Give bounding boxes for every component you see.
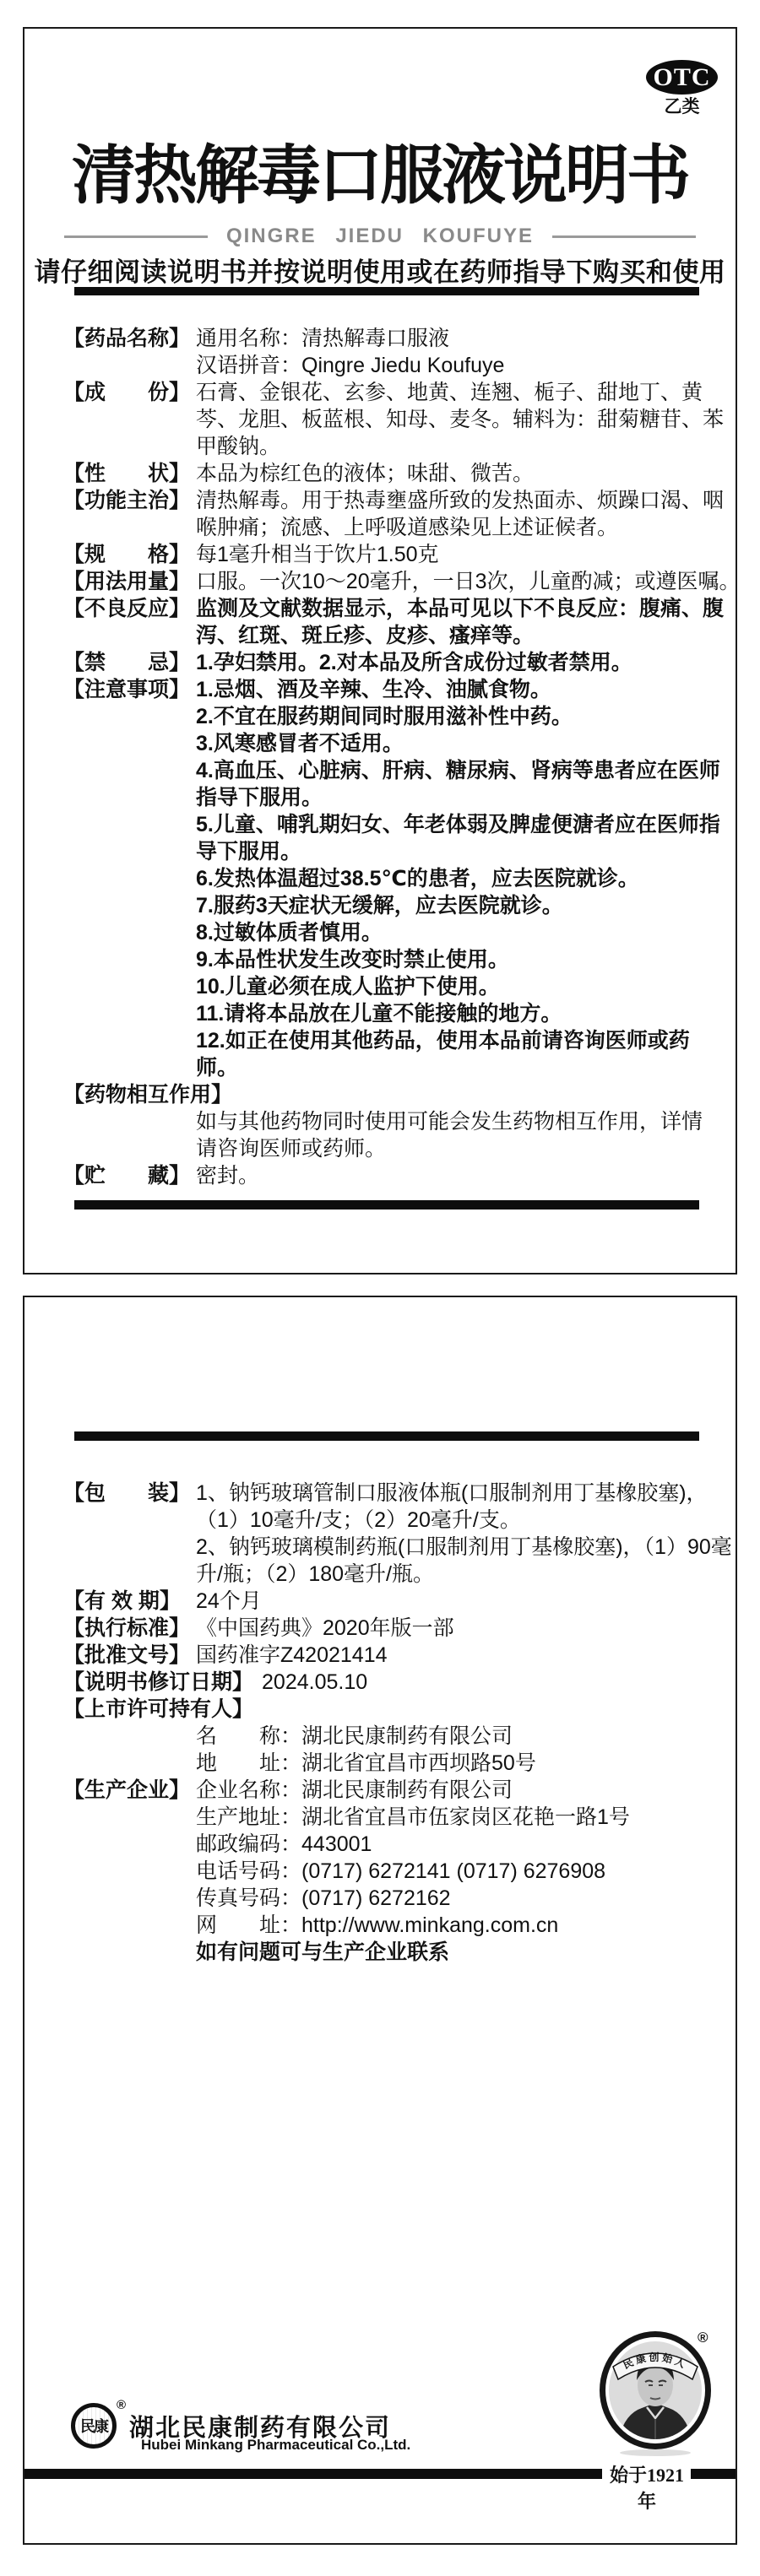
section-lines: 石膏、金银花、玄参、地黄、连翘、栀子、甜地丁、黄芩、龙胆、板蓝根、知母、麦冬。辅…	[196, 379, 711, 460]
info-value: 24个月	[196, 1588, 262, 1615]
info-value: 1、钠钙玻璃管制口服液体瓶(口服制剂用丁基橡胶塞)，	[196, 1480, 708, 1507]
section-row: 【用法用量】口服。一次10～20毫升，一日3次，儿童酌减；或遵医嘱。	[63, 568, 714, 595]
info-row: 【有 效 期】24个月	[63, 1588, 714, 1615]
info-label: 【批准文号】	[63, 1642, 196, 1669]
section-row: 【注意事项】1.忌烟、酒及辛辣、生冷、油腻食物。2.不宜在服药期间同时服用滋补性…	[63, 676, 714, 1081]
info-row: 网 址：http://www.minkang.com.cn	[63, 1912, 714, 1939]
section-line: 请咨询医师或药师。	[196, 1135, 711, 1162]
info-value: 国药准字Z42021414	[196, 1642, 388, 1669]
info-sublabel: 网 址：	[196, 1912, 301, 1939]
section-line: 泻、红斑、斑丘疹、皮疹、瘙痒等。	[196, 622, 711, 649]
info-value: （1）10毫升/支；（2）20毫升/支。	[196, 1507, 521, 1534]
otc-category-label: 乙类	[646, 93, 718, 118]
divider-bar-top	[74, 287, 699, 295]
info-row: 如有问题可与生产企业联系	[63, 1939, 714, 1966]
section-label: 【注意事项】	[63, 676, 196, 703]
section-line: 芩、龙胆、板蓝根、知母、麦冬。辅料为：甜菊糖苷、苯	[196, 406, 711, 433]
section-line: 8.过敏体质者慎用。	[196, 919, 711, 946]
otc-badge-label: OTC	[653, 63, 710, 92]
section-label: 【功能主治】	[63, 487, 196, 514]
divider-bar-box2	[74, 1431, 699, 1441]
info-label: 【执行标准】	[63, 1615, 196, 1642]
section-label: 【贮 藏】	[63, 1162, 196, 1189]
section-line: 10.儿童必须在成人监护下使用。	[196, 973, 711, 1000]
section-line: 5.儿童、哺乳期妇女、年老体弱及脾虚便溏者应在医师指	[196, 811, 711, 838]
info-row: 【说明书修订日期】2024.05.10	[63, 1669, 714, 1696]
section-row: 【功能主治】清热解毒。用于热毒壅盛所致的发热面赤、烦躁口渴、咽喉肿痛；流感、上呼…	[63, 487, 714, 541]
info-value: (0717) 6272141 (0717) 6276908	[301, 1858, 605, 1885]
info-sublabel: 企业名称：	[196, 1777, 301, 1804]
section-line: 9.本品性状发生改变时禁止使用。	[196, 946, 711, 973]
info-sublabel: 生产地址：	[196, 1804, 301, 1831]
section-lines: 1.忌烟、酒及辛辣、生冷、油腻食物。2.不宜在服药期间同时服用滋补性中药。3.风…	[196, 676, 711, 1081]
info-sublabel: 名 称：	[196, 1723, 301, 1750]
pinyin-divider-right	[552, 235, 696, 238]
pinyin-row: QINGRE JIEDU KOUFUYE	[0, 225, 760, 248]
info-sublabel: 邮政编码：	[196, 1831, 301, 1858]
info-label: 【包 装】	[63, 1480, 196, 1507]
section-line: 4.高血压、心脏病、肝病、糖尿病、肾病等患者应在医师	[196, 757, 711, 784]
info-label: 【有 效 期】	[63, 1588, 196, 1615]
instruction-sections: 【药品名称】通用名称：清热解毒口服液汉语拼音：Qingre Jiedu Kouf…	[63, 325, 714, 1189]
section-line: 汉语拼音：Qingre Jiedu Koufuye	[196, 352, 711, 379]
section-label: 【不良反应】	[63, 595, 196, 622]
info-value: 湖北民康制药有限公司	[301, 1723, 513, 1750]
section-line: 3.风寒感冒者不适用。	[196, 730, 711, 757]
since-bar-left	[24, 2469, 602, 2479]
info-value: 湖北省宜昌市西坝路50号	[301, 1750, 536, 1777]
section-line: 清热解毒。用于热毒壅盛所致的发热面赤、烦躁口渴、咽	[196, 487, 711, 514]
info-row: 名 称：湖北民康制药有限公司	[63, 1723, 714, 1750]
info-row: 【生产企业】企业名称：湖北民康制药有限公司	[63, 1777, 714, 1804]
section-line: 12.如正在使用其他药品，使用本品前请咨询医师或药	[196, 1027, 711, 1054]
info-row: 【批准文号】国药准字Z42021414	[63, 1642, 714, 1669]
leaflet-page: OTC 乙类 清热解毒口服液说明书 QINGRE JIEDU KOUFUYE 请…	[0, 0, 760, 2576]
info-label: 【生产企业】	[63, 1777, 196, 1804]
section-row: 【不良反应】监测及文献数据显示，本品可见以下不良反应：腹痛、腹泻、红斑、斑丘疹、…	[63, 595, 714, 649]
section-row: 【药品名称】通用名称：清热解毒口服液汉语拼音：Qingre Jiedu Kouf…	[63, 325, 714, 379]
section-line: 喉肿痛；流感、上呼吸道感染见上述证候者。	[196, 514, 711, 541]
info-row: 地 址：湖北省宜昌市西坝路50号	[63, 1750, 714, 1777]
section-line: 1.忌烟、酒及辛辣、生冷、油腻食物。	[196, 676, 711, 703]
info-row: 电话号码：(0717) 6272141 (0717) 6276908	[63, 1858, 714, 1885]
info-row: 2、钠钙玻璃模制药瓶(口服制剂用丁基橡胶塞)，（1）90毫	[63, 1534, 714, 1561]
section-lines: 密封。	[196, 1162, 711, 1189]
section-row: 【性 状】本品为棕红色的液体；味甜、微苦。	[63, 460, 714, 487]
section-row: 【禁 忌】1.孕妇禁用。2.对本品及所含成份过敏者禁用。	[63, 649, 714, 676]
section-line: 通用名称：清热解毒口服液	[196, 325, 711, 352]
section-row: 【成 份】石膏、金银花、玄参、地黄、连翘、栀子、甜地丁、黄芩、龙胆、板蓝根、知母…	[63, 379, 714, 460]
info-row: 【上市许可持有人】	[63, 1696, 714, 1723]
founder-portrait-icon: 民康创始人	[598, 2330, 713, 2458]
otc-badge: OTC	[646, 60, 718, 95]
section-label: 【规 格】	[63, 541, 196, 568]
section-row: 【贮 藏】密封。	[63, 1162, 714, 1189]
info-value: 湖北省宜昌市伍家岗区花艳一路1号	[301, 1804, 630, 1831]
since-1921-label: 始于1921年	[605, 2461, 689, 2514]
registered-trademark-icon: ®	[698, 2330, 708, 2346]
section-line: 2.不宜在服药期间同时服用滋补性中药。	[196, 703, 711, 730]
info-row: 邮政编码：443001	[63, 1831, 714, 1858]
company-logo-text: 民康	[80, 2415, 107, 2437]
section-line: 师。	[196, 1054, 711, 1081]
founder-portrait-badge: 民康创始人	[598, 2330, 713, 2462]
company-name-en: Hubei Minkang Pharmaceutical Co.,Ltd.	[141, 2437, 410, 2454]
section-line: 甲酸钠。	[196, 433, 711, 460]
packaging-manufacturer-sections: 【包 装】1、钠钙玻璃管制口服液体瓶(口服制剂用丁基橡胶塞)，（1）10毫升/支…	[63, 1480, 714, 1966]
pinyin-title: QINGRE JIEDU KOUFUYE	[226, 225, 534, 248]
section-line: 7.服药3天症状无缓解，应去医院就诊。	[196, 892, 711, 919]
section-label: 【性 状】	[63, 460, 196, 487]
section-label: 【药品名称】	[63, 325, 196, 352]
info-value: 湖北民康制药有限公司	[301, 1777, 513, 1804]
info-value: 2024.05.10	[262, 1669, 367, 1696]
info-value: 如有问题可与生产企业联系	[196, 1939, 449, 1966]
section-lines: 1.孕妇禁用。2.对本品及所含成份过敏者禁用。	[196, 649, 711, 676]
page-title: 清热解毒口服液说明书	[0, 142, 760, 213]
info-value: 2、钠钙玻璃模制药瓶(口服制剂用丁基橡胶塞)，（1）90毫	[196, 1534, 732, 1561]
section-lines: 通用名称：清热解毒口服液汉语拼音：Qingre Jiedu Koufuye	[196, 325, 711, 379]
section-line: 如与其他药物同时使用可能会发生药物相互作用，详情	[196, 1108, 711, 1135]
section-lines: 监测及文献数据显示，本品可见以下不良反应：腹痛、腹泻、红斑、斑丘疹、皮疹、瘙痒等…	[196, 595, 711, 649]
info-sublabel: 地 址：	[196, 1750, 301, 1777]
info-value: 443001	[301, 1831, 372, 1858]
section-lines: 口服。一次10～20毫升，一日3次，儿童酌减；或遵医嘱。	[196, 568, 711, 595]
section-line: 指导下服用。	[196, 784, 711, 811]
section-line: 本品为棕红色的液体；味甜、微苦。	[196, 460, 711, 487]
section-line: 11.请将本品放在儿童不能接触的地方。	[196, 1000, 711, 1027]
since-bar-right	[691, 2469, 736, 2479]
info-sublabel: 传真号码：	[196, 1885, 301, 1912]
section-row: 【规 格】每1毫升相当于饮片1.50克	[63, 541, 714, 568]
section-line: 口服。一次10～20毫升，一日3次，儿童酌减；或遵医嘱。	[196, 568, 711, 595]
section-line: 6.发热体温超过38.5℃的患者，应去医院就诊。	[196, 865, 711, 892]
section-lines: 清热解毒。用于热毒壅盛所致的发热面赤、烦躁口渴、咽喉肿痛；流感、上呼吸道感染见上…	[196, 487, 711, 541]
info-row: 【执行标准】《中国药典》2020年版一部	[63, 1615, 714, 1642]
info-row: 【包 装】1、钠钙玻璃管制口服液体瓶(口服制剂用丁基橡胶塞)，	[63, 1480, 714, 1507]
section-line: 1.孕妇禁用。2.对本品及所含成份过敏者禁用。	[196, 649, 711, 676]
info-row: 生产地址：湖北省宜昌市伍家岗区花艳一路1号	[63, 1804, 714, 1831]
info-label-wide: 【上市许可持有人】	[63, 1696, 253, 1723]
section-label: 【禁 忌】	[63, 649, 196, 676]
section-line: 导下服用。	[196, 838, 711, 865]
section-label: 【成 份】	[63, 379, 196, 406]
section-line: 密封。	[196, 1162, 711, 1189]
info-sublabel: 电话号码：	[196, 1858, 301, 1885]
info-label-wide: 【说明书修订日期】	[63, 1669, 253, 1696]
info-row: 升/瓶；（2）180毫升/瓶。	[63, 1561, 714, 1588]
section-label: 【药物相互作用】	[63, 1081, 714, 1108]
section-row: 【药物相互作用】如与其他药物同时使用可能会发生药物相互作用，详情请咨询医师或药师…	[63, 1081, 714, 1162]
info-row: 传真号码：(0717) 6272162	[63, 1885, 714, 1912]
read-carefully-notice: 请仔细阅读说明书并按说明使用或在药师指导下购买和使用	[0, 251, 760, 289]
info-value: 升/瓶；（2）180毫升/瓶。	[196, 1561, 434, 1588]
info-row: （1）10毫升/支；（2）20毫升/支。	[63, 1507, 714, 1534]
info-value: (0717) 6272162	[301, 1885, 451, 1912]
section-label: 【用法用量】	[63, 568, 196, 595]
divider-bar-box1-end	[74, 1200, 699, 1210]
registered-trademark-icon: ®	[117, 2398, 126, 2412]
section-line: 每1毫升相当于饮片1.50克	[196, 541, 711, 568]
company-logo-seal: 民康	[71, 2403, 117, 2449]
section-line: 监测及文献数据显示，本品可见以下不良反应：腹痛、腹	[196, 595, 711, 622]
section-lines: 每1毫升相当于饮片1.50克	[196, 541, 711, 568]
pinyin-divider-left	[64, 235, 208, 238]
info-value: http://www.minkang.com.cn	[301, 1912, 558, 1939]
info-value: 《中国药典》2020年版一部	[196, 1615, 454, 1642]
section-lines: 本品为棕红色的液体；味甜、微苦。	[196, 460, 711, 487]
section-lines: 如与其他药物同时使用可能会发生药物相互作用，详情请咨询医师或药师。	[196, 1108, 711, 1162]
section-line: 石膏、金银花、玄参、地黄、连翘、栀子、甜地丁、黄	[196, 379, 711, 406]
